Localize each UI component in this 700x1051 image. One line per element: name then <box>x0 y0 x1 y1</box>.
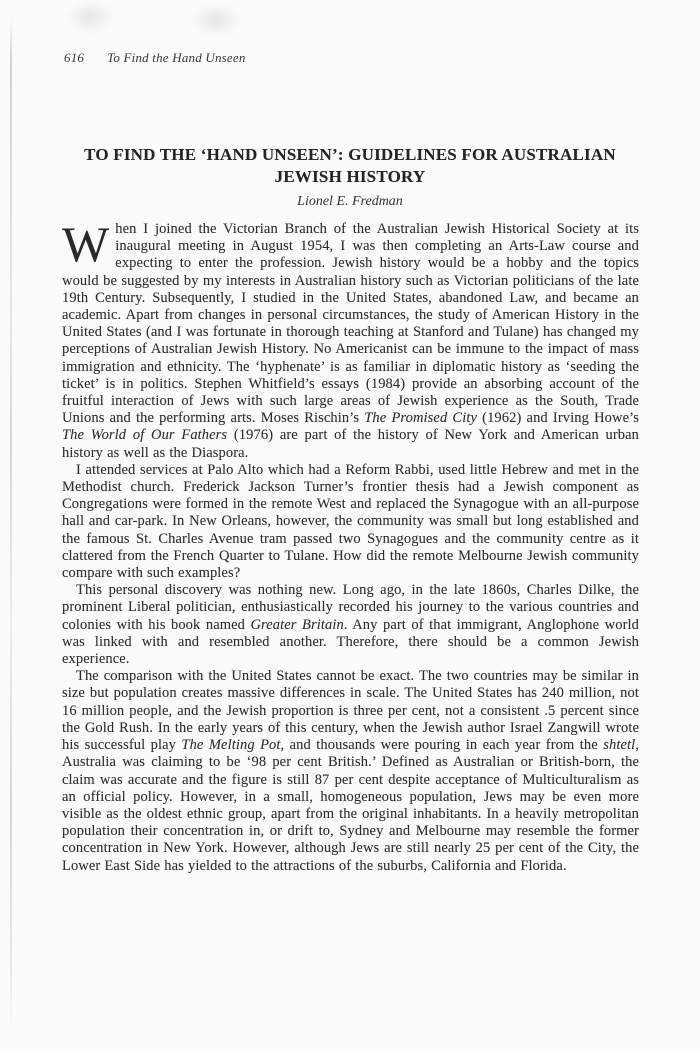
paragraph: When I joined the Victorian Branch of th… <box>62 221 639 462</box>
article-title: TO FIND THE ‘HAND UNSEEN’: GUIDELINES FO… <box>62 144 638 188</box>
italic-text-run: The World of Our Fathers <box>62 427 227 443</box>
scan-smudge <box>182 0 250 42</box>
italic-text-run: The Melting Pot <box>181 737 280 753</box>
text-run: (1962) and Irving Howe’s <box>477 410 639 426</box>
page-header: 616 To Find the Hand Unseen <box>64 50 246 66</box>
page-fold-shadow <box>10 18 12 1032</box>
scan-smudge <box>58 0 122 38</box>
paragraph: This personal discovery was nothing new.… <box>62 582 639 668</box>
text-run: hen I joined the Victorian Branch of the… <box>62 221 639 426</box>
text-run: , and thousands were pouring in each yea… <box>281 737 604 753</box>
page-number: 616 <box>64 50 84 66</box>
article-author: Lionel E. Fredman <box>62 194 638 210</box>
italic-text-run: shtetl <box>603 737 635 753</box>
italic-text-run: The Promised City <box>364 410 477 426</box>
article-body: When I joined the Victorian Branch of th… <box>62 221 639 875</box>
text-run: , Australia was claiming to be ‘98 per c… <box>62 737 639 873</box>
running-title: To Find the Hand Unseen <box>107 50 245 66</box>
scanned-book-page: 616 To Find the Hand Unseen TO FIND THE … <box>0 0 700 1051</box>
paragraph: I attended services at Palo Alto which h… <box>62 462 639 582</box>
drop-cap: W <box>62 221 115 266</box>
italic-text-run: Greater Britain <box>250 617 343 633</box>
text-run: I attended services at Palo Alto which h… <box>62 462 639 581</box>
paragraph: The comparison with the United States ca… <box>62 668 639 874</box>
